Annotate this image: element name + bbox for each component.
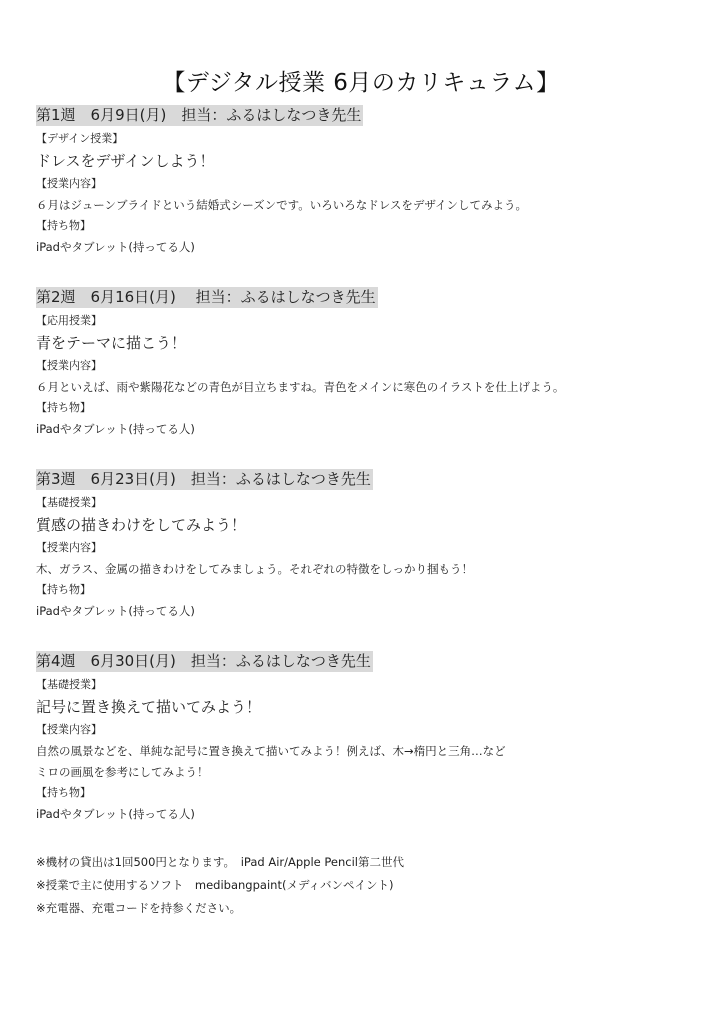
note-charger: ※充電器、充電コードを持参ください。 [36, 900, 404, 916]
items-text: iPadやタブレット(持ってる人) [36, 421, 564, 437]
items-text: iPadやタブレット(持ってる人) [36, 806, 506, 822]
category-label: 【基礎授業】 [36, 677, 506, 693]
week-section-4: 第4週 6月30日(月) 担当：ふるはしなつき先生 【基礎授業】 記号に置き換え… [36, 651, 506, 822]
category-label: 【デザイン授業】 [36, 131, 527, 147]
content-label: 【授業内容】 [36, 722, 506, 738]
items-text: iPadやタブレット(持ってる人) [36, 239, 527, 255]
items-label: 【持ち物】 [36, 582, 473, 598]
content-text: ミロの画風を参考にしてみよう！ [36, 764, 506, 780]
category-label: 【基礎授業】 [36, 495, 473, 511]
lesson-title: 青をテーマに描こう！ [36, 333, 564, 353]
lesson-title: 質感の描きわけをしてみよう！ [36, 515, 473, 535]
lesson-title: 記号に置き換えて描いてみよう！ [36, 697, 506, 717]
content-text: ６月はジューンブライドという結婚式シーズンです。いろいろなドレスをデザインしてみ… [36, 197, 527, 213]
content-label: 【授業内容】 [36, 358, 564, 374]
content-text: 自然の風景などを、単純な記号に置き換えて描いてみよう！例えば、木→楕円と三角…な… [36, 743, 506, 759]
items-label: 【持ち物】 [36, 400, 564, 416]
week-header: 第2週 6月16日(月) 担当：ふるはしなつき先生 [36, 287, 378, 308]
content-text: ６月といえば、雨や紫陽花などの青色が目立ちますね。青色をメインに寒色のイラストを… [36, 379, 564, 395]
lesson-title: ドレスをデザインしよう！ [36, 151, 527, 171]
week-section-3: 第3週 6月23日(月) 担当：ふるはしなつき先生 【基礎授業】 質感の描きわけ… [36, 469, 473, 619]
week-section-2: 第2週 6月16日(月) 担当：ふるはしなつき先生 【応用授業】 青をテーマに描… [36, 287, 564, 437]
week-header: 第1週 6月9日(月) 担当：ふるはしなつき先生 [36, 105, 363, 126]
content-label: 【授業内容】 [36, 540, 473, 556]
note-software: ※授業で主に使用するソフト medibangpaint(メディバンペイント) [36, 877, 404, 893]
week-header: 第3週 6月23日(月) 担当：ふるはしなつき先生 [36, 469, 373, 490]
page-title: 【デジタル授業 6月のカリキュラム】 [0, 64, 722, 97]
week-section-1: 第1週 6月9日(月) 担当：ふるはしなつき先生 【デザイン授業】 ドレスをデザ… [36, 105, 527, 255]
content-text: 木、ガラス、金属の描きわけをしてみましょう。それぞれの特徴をしっかり掴もう！ [36, 561, 473, 577]
week-header: 第4週 6月30日(月) 担当：ふるはしなつき先生 [36, 651, 373, 672]
items-label: 【持ち物】 [36, 785, 506, 801]
note-equipment-rental: ※機材の貸出は1回500円となります。 iPad Air/Apple Penci… [36, 854, 404, 870]
content-label: 【授業内容】 [36, 176, 527, 192]
category-label: 【応用授業】 [36, 313, 564, 329]
notes-section: ※機材の貸出は1回500円となります。 iPad Air/Apple Penci… [36, 854, 404, 923]
items-label: 【持ち物】 [36, 218, 527, 234]
items-text: iPadやタブレット(持ってる人) [36, 603, 473, 619]
